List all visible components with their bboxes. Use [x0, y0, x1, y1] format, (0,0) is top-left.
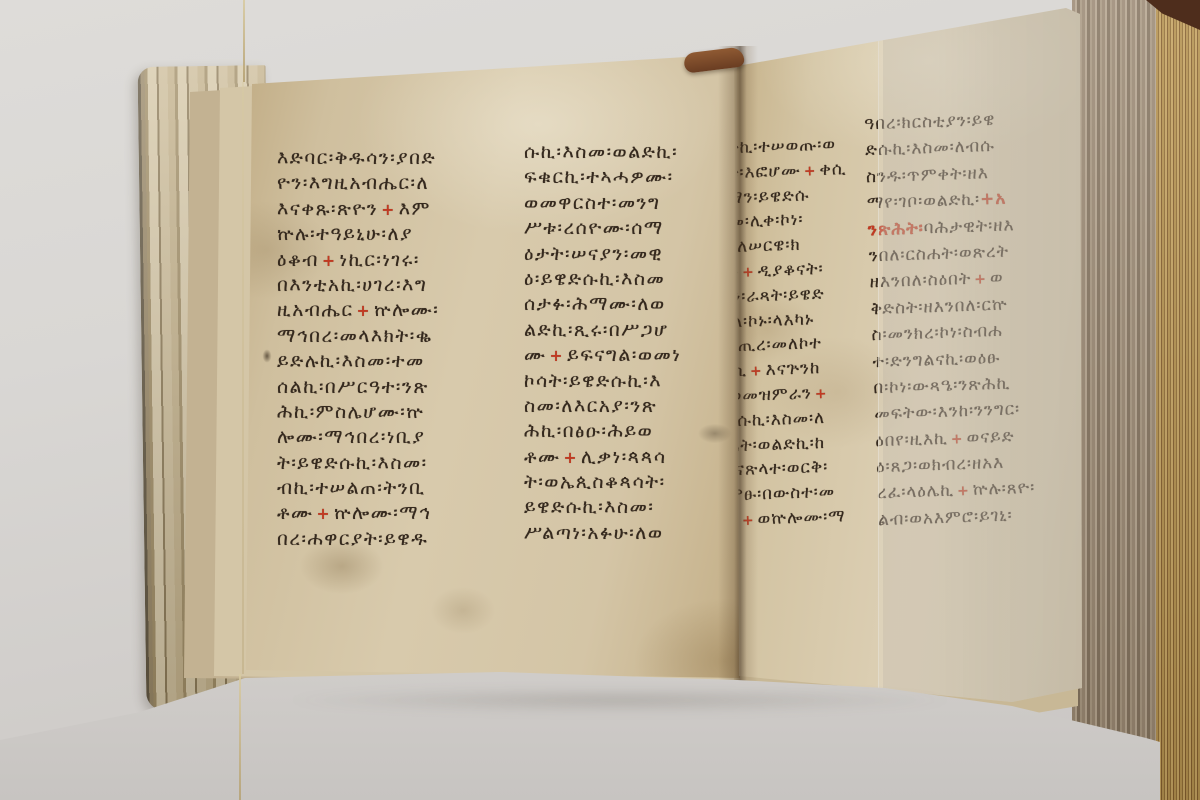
text-line: ዕቆብ+ነኪር፡ነገሩ፡ — [277, 248, 439, 273]
text-line: እድባር፡ቅዱሳን፡ያበድ — [277, 146, 439, 171]
geez-text: እናቀጹ፡ጽዮን — [277, 198, 378, 220]
text-line: ሱኪ፡እስመ፡ወልድኪ፡ — [524, 140, 681, 165]
text-line: ማኅበረ፡መላእክት፡ቈ — [277, 324, 439, 349]
geez-text: ኵሎሙ፡ — [374, 299, 439, 321]
red-cross-mark: + — [547, 347, 568, 365]
geez-text: ሰታፉ፡ሕማሙ፡ለወ — [524, 293, 666, 315]
right-page: ልድኪ፡ተሠወጡ፡ወእቱ፡እፎሆሙ+ቀሲዩማን፡ይዌድሱስመ፡ሊቀ፡ኮነ፡ኪ፡ለ… — [733, 4, 1083, 710]
text-line: ሥልጣነ፡አፉሁ፡ለወ — [524, 521, 681, 546]
text-line: ይዌድሱኪ፡እስመ፡ — [524, 495, 681, 520]
text-line: ዮን፡እግዚአብሔር፡ለ — [277, 171, 439, 196]
text-line: እናቀጹ፡ጽዮን+እም — [277, 197, 439, 222]
geez-text: እናጕንከ — [765, 358, 820, 380]
text-line: ዚአብሔር+ኵሎሙ፡ — [277, 298, 439, 323]
geez-text: ሎሙ፡ማኅበረ፡ነቢያ — [277, 426, 425, 448]
text-line: በእንቲአኪ፡ሀገረ፡እግ — [277, 273, 439, 298]
text-line: ት፡ይዌድሱኪ፡እስመ፡ — [277, 451, 439, 476]
geez-text: ኮሳት፡ይዌድሱኪ፡እ — [524, 370, 662, 392]
geez-text: ሕኪ፡በፅዑ፡ሕይወ — [524, 420, 653, 442]
left-page-column-2: ሱኪ፡እስመ፡ወልድኪ፡ፍቁርኪ፡ተኣሓዎሙ፡ወመዋርስተ፡መንግሥቱ፡ረሰዮሙ… — [524, 140, 681, 546]
red-cross-mark: + — [560, 449, 581, 467]
geez-text: ሱኪ፡እስመ፡ወልድኪ፡ — [524, 141, 678, 163]
bookmark-thread — [242, 82, 244, 674]
book-shadow — [170, 690, 1070, 724]
text-line: ኮሳት፡ይዌድሱኪ፡እ — [524, 369, 681, 394]
red-cross-mark: + — [319, 252, 340, 270]
geez-text: በእንቲአኪ፡ሀገረ፡እግ — [277, 274, 427, 296]
geez-text: ስመ፡ለእርአያ፡ንጽ — [524, 395, 657, 417]
geez-text: ዕ፡ይዌድሱኪ፡እስመ — [524, 268, 665, 290]
text-line: ሥቱ፡ረሰዮሙ፡ሰማ — [524, 216, 681, 241]
red-cross-mark: + — [313, 505, 334, 523]
text-line: ሕኪ፡ምስሌሆሙ፡ኵ — [277, 400, 439, 425]
geez-text: ሊቃነ፡ጳጳሳ — [581, 446, 667, 468]
margin-ink-mark — [260, 346, 274, 366]
geez-text: ት፡ይዌድሱኪ፡እስመ፡ — [277, 452, 428, 474]
left-page-column-1: እድባር፡ቅዱሳን፡ያበድዮን፡እግዚአብሔር፡ለእናቀጹ፡ጽዮን+እምኵሉ፡ተ… — [277, 146, 439, 552]
geez-text: ዚአብሔር — [277, 299, 353, 321]
text-line: ሕኪ፡በፅዑ፡ሕይወ — [524, 419, 681, 444]
text-line: ዕ፡ይዌድሱኪ፡እስመ — [524, 267, 681, 292]
red-cross-mark: + — [801, 163, 820, 180]
manuscript-photo: እድባር፡ቅዱሳን፡ያበድዮን፡እግዚአብሔር፡ለእናቀጹ፡ጽዮን+እምኵሉ፡ተ… — [0, 0, 1200, 800]
text-line: ቶሙ+ኵሎሙ፡ማኅ — [277, 501, 439, 526]
red-cross-mark: + — [812, 386, 831, 403]
geez-text: ይዌድሱኪ፡እስመ፡ — [524, 496, 654, 518]
geez-text: እድባር፡ቅዱሳን፡ያበድ — [277, 147, 436, 169]
fore-edge-page-block — [1072, 0, 1158, 800]
text-line: ት፡ወኤጲስቆጳሳት፡ — [524, 470, 681, 495]
geez-text: ፍቁርኪ፡ተኣሓዎሙ፡ — [524, 166, 674, 188]
geez-text: እም — [399, 198, 431, 220]
text-line: ሎሙ፡ማኅበረ፡ነቢያ — [277, 425, 439, 450]
geez-text: ኵሎሙ፡ማኅ — [334, 502, 431, 524]
gilt-page-edge — [1156, 0, 1200, 800]
text-line: በረ፡ሐዋርያት፡ይዌዱ — [277, 527, 439, 552]
text-line: ዕታት፡ሠናያን፡መዊ — [524, 242, 681, 267]
text-line: ብኪ፡ተሠልጠ፡ትንቢ — [277, 476, 439, 501]
text-line: ሙ+ይፍናግል፡ወመነ — [524, 343, 681, 368]
geez-text: ልድኪ፡ጺሩ፡በሥጋሆ — [524, 319, 668, 341]
gutter-shadow — [718, 46, 758, 684]
text-line: ሰታፉ፡ሕማሙ፡ለወ — [524, 292, 681, 317]
text-line: ወመዋርስተ፡መንግ — [524, 191, 681, 216]
geez-text: በረ፡ሐዋርያት፡ይዌዱ — [277, 528, 428, 550]
text-line: ኵሉ፡ተዓይኒሁ፡ለያ — [277, 222, 439, 247]
geez-text: ኵሉ፡ተዓይኒሁ፡ለያ — [277, 223, 413, 245]
geez-text: ሥልጣነ፡አፉሁ፡ለወ — [524, 522, 664, 544]
geez-text: ብኪ፡ተሠልጠ፡ትንቢ — [277, 477, 426, 499]
geez-text: ቶሙ — [524, 446, 560, 468]
text-line: ስመ፡ለእርአያ፡ንጽ — [524, 394, 681, 419]
text-line: ቶሙ+ሊቃነ፡ጳጳሳ — [524, 445, 681, 470]
red-cross-mark: + — [378, 201, 399, 219]
geez-text: ወኵሎሙ፡ማ — [757, 506, 846, 529]
geez-text: ነኪር፡ነገሩ፡ — [340, 249, 420, 271]
geez-text: ይፍናግል፡ወመነ — [567, 344, 681, 366]
geez-text: ቶሙ — [277, 502, 313, 524]
geez-text: ቀሲ — [819, 159, 847, 180]
text-line: ሰልኪ፡በሥርዓተ፡ንጽ — [277, 375, 439, 400]
geez-text: ዕቆብ — [277, 249, 319, 271]
left-page: እድባር፡ቅዱሳን፡ያበድዮን፡እግዚአብሔር፡ለእናቀጹ፡ጽዮን+እምኵሉ፡ተ… — [236, 48, 740, 680]
geez-text: ይድሉኪ፡እስመ፡ተመ — [277, 350, 425, 372]
guard-leaf-overlay — [878, 4, 1084, 710]
geez-text: ዮን፡እግዚአብሔር፡ለ — [277, 172, 429, 194]
geez-text: ሙ — [524, 344, 547, 366]
geez-text: ዲያቆናት፡ — [757, 259, 824, 281]
geez-text: ሕኪ፡ምስሌሆሙ፡ኵ — [277, 401, 424, 423]
red-cross-mark: + — [353, 302, 374, 320]
bookmark-thread — [239, 674, 241, 800]
geez-text: ሥቱ፡ረሰዮሙ፡ሰማ — [524, 217, 664, 239]
text-line: ይድሉኪ፡እስመ፡ተመ — [277, 349, 439, 374]
geez-text: ወመዋርስተ፡መንግ — [524, 192, 661, 214]
bookmark-thread — [243, 0, 245, 82]
geez-text: ማኅበረ፡መላእክት፡ቈ — [277, 325, 433, 347]
geez-text: ሰልኪ፡በሥርዓተ፡ንጽ — [277, 376, 429, 398]
text-line: ልድኪ፡ጺሩ፡በሥጋሆ — [524, 318, 681, 343]
text-line: ፍቁርኪ፡ተኣሓዎሙ፡ — [524, 165, 681, 190]
geez-text: ት፡ወኤጲስቆጳሳት፡ — [524, 471, 666, 493]
geez-text: ዕታት፡ሠናያን፡መዊ — [524, 243, 663, 265]
